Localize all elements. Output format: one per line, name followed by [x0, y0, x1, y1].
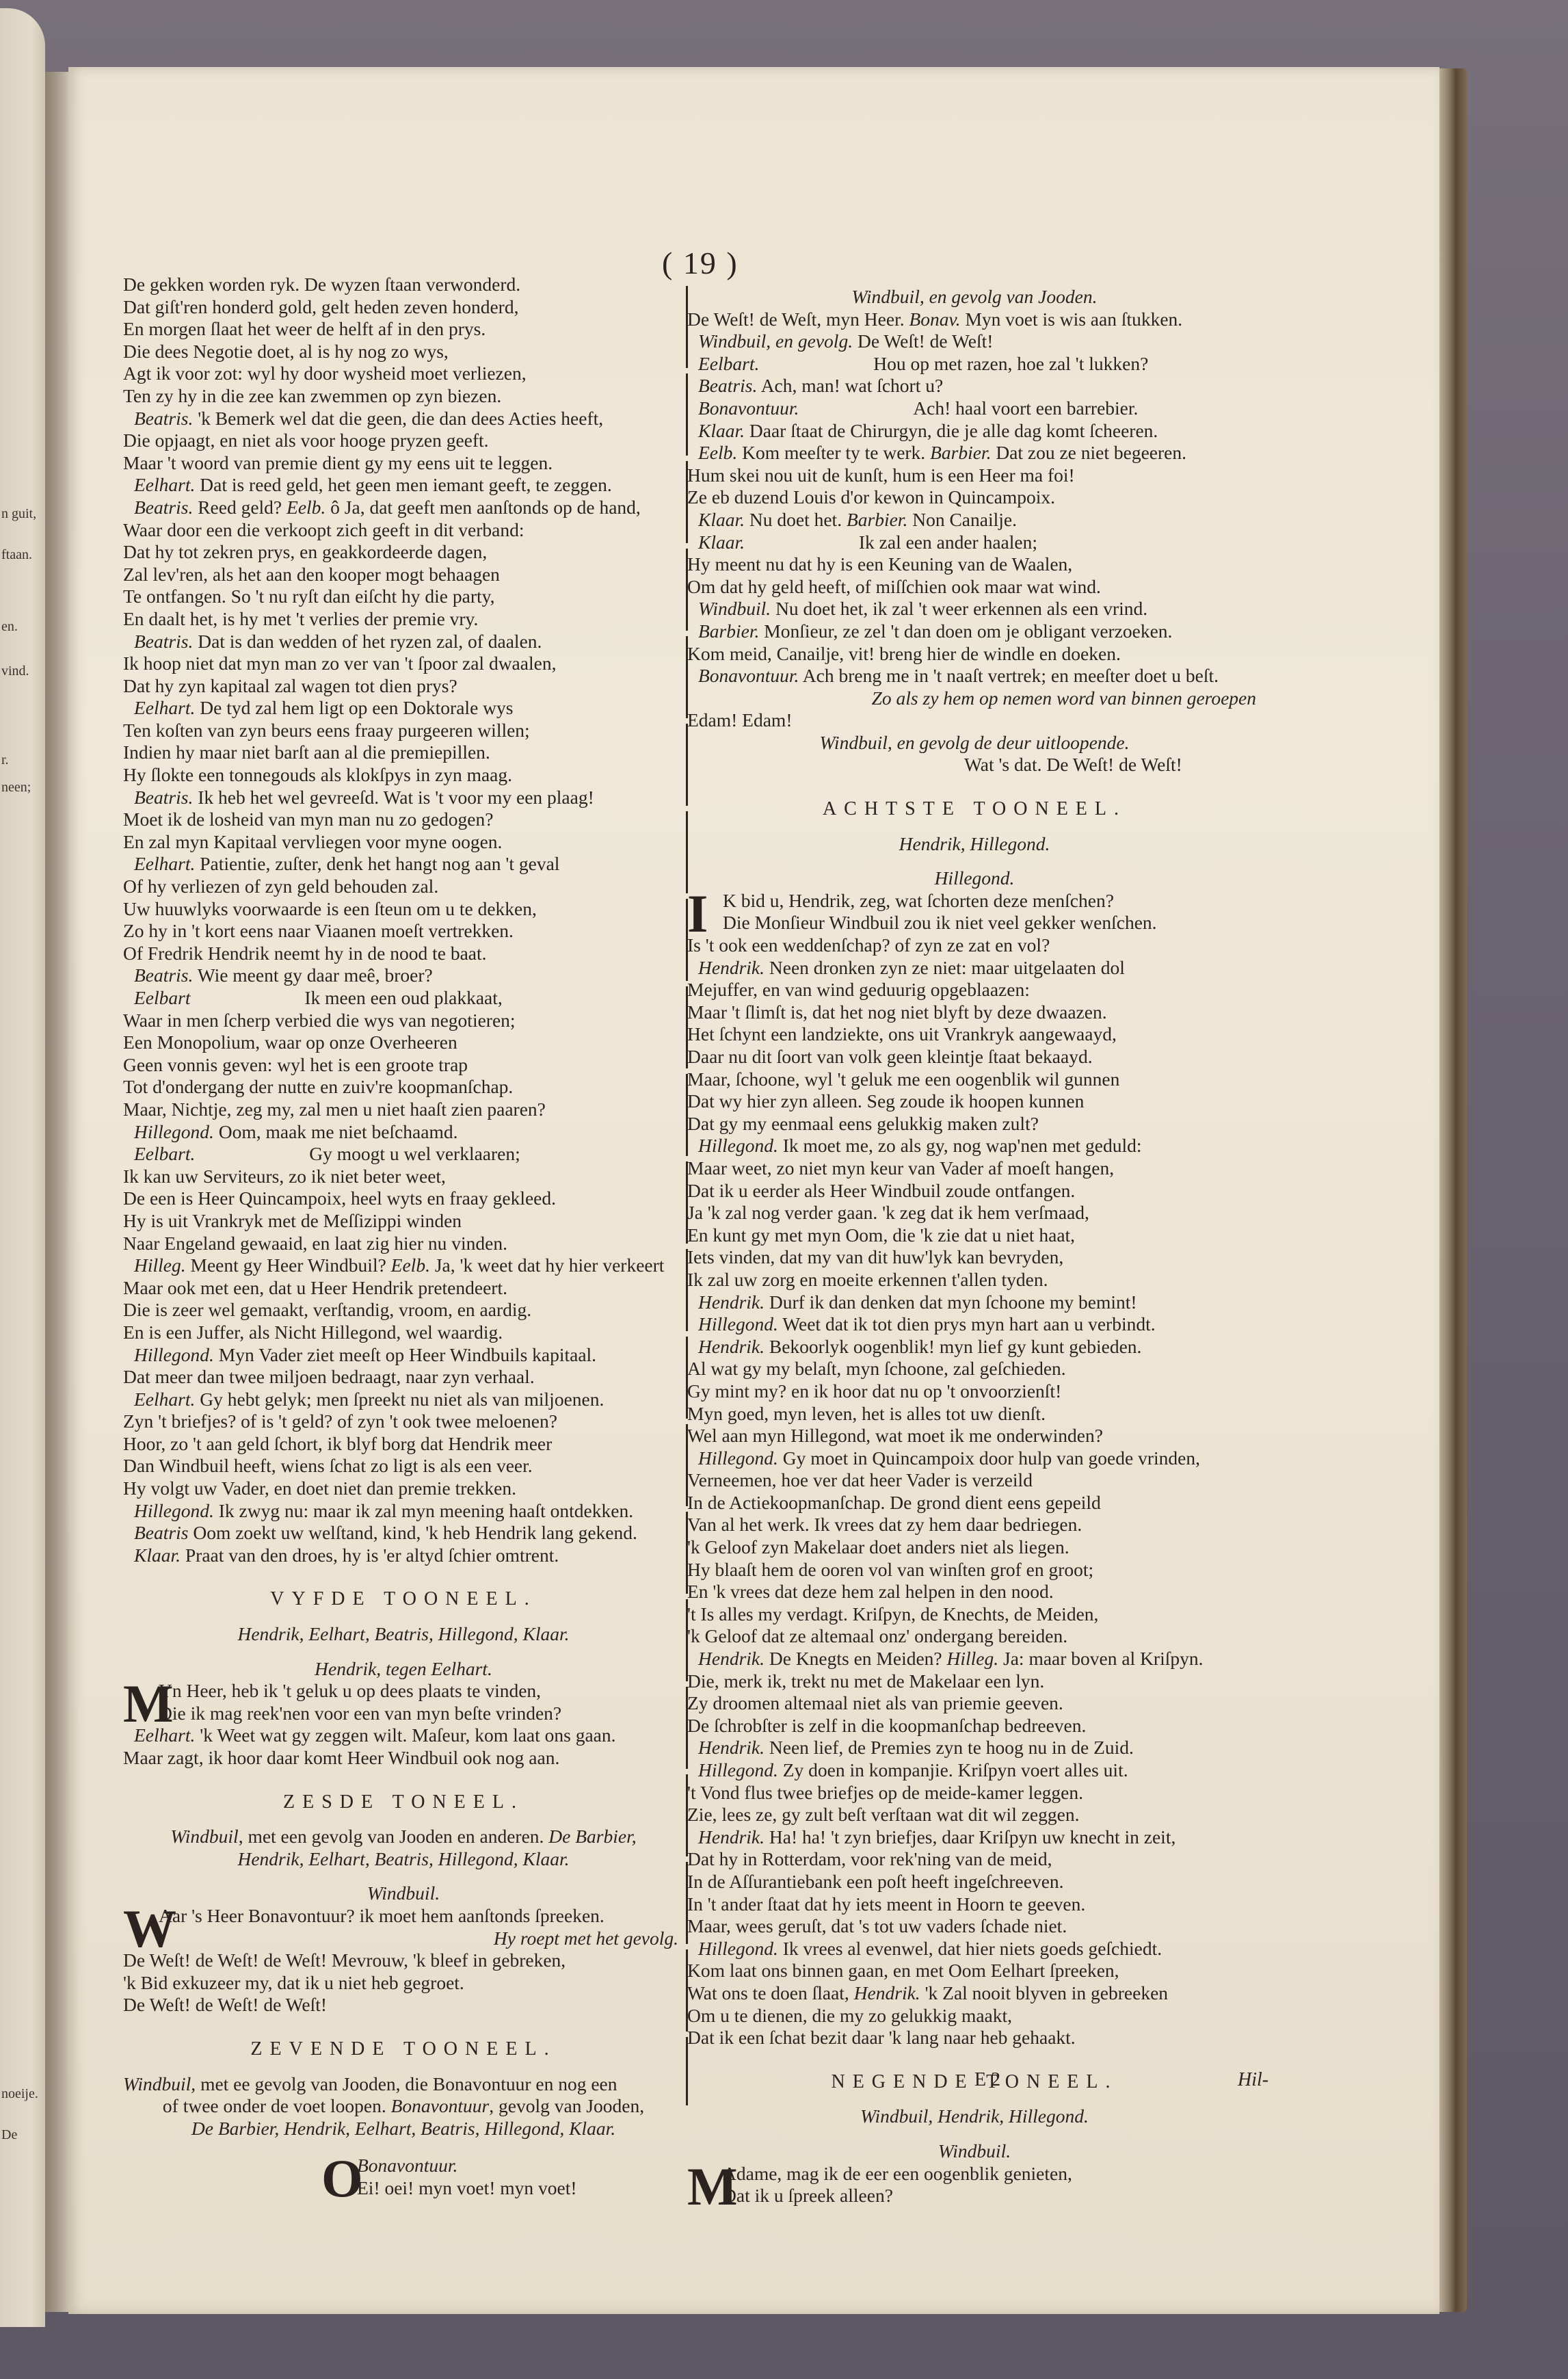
- verse-line: De Weſt! de Weſt! de Weſt!: [123, 1994, 684, 2016]
- verse-line: Hillegond. Zy doen in kompanjie. Kriſpyn…: [687, 1759, 1262, 1782]
- verse-text: Kom meid, Canailje, vit! breng hier de w…: [687, 643, 1121, 664]
- dropcap-verse: IK bid u, Hendrik, zeg, wat ſchorten dez…: [687, 890, 1262, 934]
- verse-line: 'k Bid exkuzeer my, dat ik u niet heb ge…: [123, 1972, 684, 1995]
- verse-text: Iets vinden, dat my van dit huw'lyk kan …: [687, 1246, 1063, 1267]
- dropcap-verse: WAar 's Heer Bonavontuur? ik moet hem aa…: [123, 1905, 684, 1949]
- verse-text: Ach breng me in 't naaſt vertrek; en mee…: [803, 665, 1219, 686]
- speaker-name: De Barbier,: [548, 1826, 636, 1847]
- verse-line: Beatris. Ach, man! wat ſchort u?: [687, 375, 1262, 397]
- verse-line: Die, merk ik, trekt nu met de Makelaar e…: [687, 1670, 1262, 1693]
- stage-direction: Hy roept met het gevolg.: [159, 1928, 684, 1950]
- verse-line: Eelhart. Patientie, zuſter, denk het han…: [123, 853, 684, 876]
- verse-text: 'k Geloof zyn Makelaar doet anders niet …: [687, 1536, 1069, 1557]
- verse-line: De Weſt! de Weſt! de Weſt! Mevrouw, 'k b…: [123, 1949, 684, 1972]
- cast-text: met ee gevolg van Jooden, die Bonavontuu…: [200, 2073, 617, 2094]
- verse-text: De Knegts en Meiden?: [769, 1648, 942, 1669]
- verse-line: Om dat hy geld heeft, of miſſchien ook m…: [687, 576, 1262, 599]
- speaker-name: Eelb.: [391, 1254, 430, 1276]
- dropcap-verse: MYn Heer, heb ik 't geluk u op dees plaa…: [123, 1680, 684, 1724]
- verse-line: Hendrik. Ha! ha! 't zyn briefjes, daar K…: [687, 1826, 1262, 1849]
- verse-line: Ei! oei! myn voet! myn voet!: [357, 2177, 684, 2200]
- verse-text: Kom meeſter ty te werk.: [742, 442, 925, 463]
- speaker-name: Windbuil, en gevolg.: [698, 330, 853, 352]
- verse-line: Of hy verliezen of zyn geld behouden zal…: [123, 876, 684, 898]
- scene-title-5: VYFDE TOONEEL.: [123, 1588, 684, 1611]
- scene-cast: Windbuil, met ee gevolg van Jooden, die …: [123, 2073, 684, 2096]
- verse-line: Die dees Negotie doet, al is hy nog zo w…: [123, 341, 684, 363]
- verse-text: Weet dat ik tot dien prys myn hart aan u…: [782, 1313, 1155, 1335]
- speaker-name: Bonav.: [909, 308, 960, 330]
- verse-line: Al wat gy my belaſt, myn ſchoone, zal ge…: [687, 1358, 1262, 1380]
- verse-text: Ik zal uw zorg en moeite erkennen t'alle…: [687, 1269, 1048, 1290]
- speaker-name: Bonavontuur: [391, 2095, 490, 2116]
- speaker-name: Hilleg.: [134, 1254, 186, 1276]
- verse-text: En zal myn Kapitaal vervliegen voor myne…: [123, 831, 502, 852]
- speaker-name: Eelhart.: [134, 853, 195, 874]
- speaker-name: Windbuil: [170, 1826, 238, 1847]
- verse-text: Indien hy maar niet barſt aan al die pre…: [123, 741, 490, 763]
- verse-text: Ten koſten van zyn beurs eens fraay purg…: [123, 720, 530, 741]
- verse-text: Non Canailje.: [912, 509, 1017, 530]
- verse-text: Neen dronken zyn ze niet: maar uitgelaat…: [769, 957, 1125, 978]
- book-gutter: [45, 72, 68, 2312]
- verse-text: Gy moogt u wel verklaaren;: [309, 1143, 520, 1164]
- verse-text: In de Actiekoopmanſchap. De grond dient …: [687, 1492, 1101, 1513]
- verse-line: Beatris. 'k Bemerk wel dat die geen, die…: [123, 408, 684, 430]
- verse-text: Maar ook met een, dat u Heer Hendrik pre…: [123, 1277, 507, 1298]
- verse-text: Ik hoop niet dat myn man zo ver van 't ſ…: [123, 653, 556, 674]
- verse-text: Hoor, zo 't aan geld ſchort, ik blyf bor…: [123, 1433, 552, 1454]
- stage-direction: Zo als zy hem op nemen word van binnen g…: [687, 687, 1262, 710]
- verse-line: De ſchrobſter is zelf in die koopmanſcha…: [687, 1715, 1262, 1737]
- speaker-name: Bonavontuur.: [698, 397, 799, 419]
- verse-line: Dat ik u ſpreek alleen?: [723, 2185, 1262, 2207]
- verse-text: Dat ik een ſchat bezit daar 'k lang naar…: [687, 2027, 1076, 2048]
- verse-line: 'k Geloof zyn Makelaar doet anders niet …: [687, 1536, 1262, 1559]
- verse-text: Ja: maar boven al Kriſpyn.: [1003, 1648, 1203, 1669]
- verse-line: Dat hy tot zekren prys, en geakkordeerde…: [123, 541, 684, 564]
- verse-text: Maar weet, zo niet myn keur van Vader af…: [687, 1157, 1114, 1179]
- verse-text: Waar in men ſcherp verbied die wys van n…: [123, 1010, 516, 1031]
- speaker-name: Beatris.: [134, 497, 193, 518]
- verse-line: 'k Geloof dat ze altemaal onz' ondergang…: [687, 1625, 1262, 1648]
- verse-text: Daar nu dit ſoort van volk geen kleintje…: [687, 1046, 1093, 1067]
- verse-line: En 'k vrees dat deze hem zal helpen in d…: [687, 1581, 1262, 1603]
- verse-line: Hillegond. Ik zwyg nu: maar ik zal myn m…: [123, 1500, 684, 1523]
- verse-line: Hillegond. Gy moet in Quincampoix door h…: [687, 1447, 1262, 1470]
- verse-text: Hy volgt uw Vader, en doet niet dan prem…: [123, 1477, 516, 1499]
- speaker-name: Eelbart.: [698, 353, 759, 374]
- verse-text: Ja 'k zal nog verder gaan. 'k zeg dat ik…: [687, 1202, 1089, 1223]
- verse-line: Maar ook met een, dat u Heer Hendrik pre…: [123, 1277, 684, 1300]
- verse-line: Wat ons te doen ſlaat, Hendrik. 'k Zal n…: [687, 1982, 1262, 2005]
- verse-line: Dat meer dan twee miljoen bedraagt, naar…: [123, 1366, 684, 1389]
- verse-line: Dat hy in Rotterdam, voor rek'ning van d…: [687, 1848, 1262, 1871]
- verse-text: Tot d'ondergang der nutte en zuiv're koo…: [123, 1076, 513, 1097]
- speaker-name: Eelhart.: [134, 697, 195, 718]
- speaker-heading: Windbuil.: [687, 2140, 1262, 2163]
- verse-line: Dat gy my eenmaal eens gelukkig maken zu…: [687, 1113, 1262, 1135]
- verse-text: Patientie, zuſter, denk het hangt nog aa…: [200, 853, 559, 874]
- verse-line: Ten zy hy in die zee kan zwemmen op zyn …: [123, 385, 684, 408]
- verse-text: Ik moet me, zo als gy, nog wap'nen met g…: [783, 1135, 1142, 1156]
- stage-heading: Windbuil, en gevolg van Jooden.: [687, 286, 1262, 308]
- verse-line: Moet ik de losheid van myn man nu zo ged…: [123, 809, 684, 831]
- verse-line: Aar 's Heer Bonavontuur? ik moet hem aan…: [159, 1905, 684, 1928]
- verse-text: Om dat hy geld heeft, of miſſchien ook m…: [687, 576, 1101, 597]
- verse-line: Zie, lees ze, gy zult beſt verſtaan wat …: [687, 1804, 1262, 1826]
- speaker-name: Eelb.: [698, 442, 737, 463]
- verse-line: Ik zal uw zorg en moeite erkennen t'alle…: [687, 1269, 1262, 1291]
- verse-line: In 't ander ſtaat dat hy iets meent in H…: [687, 1893, 1262, 1916]
- verse-line: Maar 't ſlimſt is, dat het nog niet blyf…: [687, 1001, 1262, 1024]
- verse-text: Maar, wees geruſt, dat 's tot uw vaders …: [687, 1915, 1067, 1936]
- verse-text: 't Vond flus twee briefjes op de meide-k…: [687, 1782, 1083, 1803]
- verse-text: Maar zagt, ik hoor daar komt Heer Windbu…: [123, 1747, 559, 1768]
- verse-text: Het ſchynt een landziekte, ons uit Vrank…: [687, 1023, 1117, 1044]
- verse-text: Meent gy Heer Windbuil?: [191, 1254, 386, 1276]
- verse-line: Die Monſieur Windbuil zou ik niet veel g…: [723, 912, 1262, 934]
- speaker-name: Hillegond.: [698, 1447, 778, 1469]
- verse-line: 't Vond flus twee briefjes op de meide-k…: [687, 1782, 1262, 1804]
- speaker-name: Eelbart: [134, 987, 191, 1008]
- verse-text: De ſchrobſter is zelf in die koopmanſcha…: [687, 1715, 1086, 1736]
- verse-text: Hy is uit Vrankryk met de Meſſizippi win…: [123, 1210, 462, 1231]
- verse-line: Hy is uit Vrankryk met de Meſſizippi win…: [123, 1210, 684, 1233]
- verse-text: De Weſt! de Weſt, myn Heer.: [687, 308, 905, 330]
- verse-text: Ach, man! wat ſchort u?: [761, 375, 944, 396]
- speaker-heading: Hendrik, tegen Eelhart.: [123, 1658, 684, 1681]
- verse-line: Dat hy zyn kapitaal zal wagen tot dien p…: [123, 675, 684, 698]
- verse-line: Indien hy maar niet barſt aan al die pre…: [123, 741, 684, 764]
- scene-cast: Hendrik, Eelhart, Beatris, Hillegond, Kl…: [123, 1623, 684, 1646]
- speaker-name: Eelhart.: [134, 1389, 195, 1410]
- verse-line: K bid u, Hendrik, zeg, wat ſchorten deze…: [723, 890, 1262, 912]
- speaker-name: Barbier.: [930, 442, 991, 463]
- verse-line: Beatris. Dat is dan wedden of het ryzen …: [123, 631, 684, 653]
- speaker-name: Hendrik.: [854, 1982, 920, 2003]
- verse-text: Myn Vader ziet meeſt op Heer Windbuils k…: [219, 1344, 596, 1365]
- page-stack-edge: [1439, 68, 1467, 2312]
- verse-line: En morgen ſlaat het weer de helft af in …: [123, 318, 684, 341]
- scene-cast: Windbuil, met een gevolg van Jooden en a…: [123, 1826, 684, 1848]
- verse-text: Monſieur, ze zel 't dan doen om je oblig…: [764, 620, 1172, 642]
- verse-line: Hillegond. Weet dat ik tot dien prys myn…: [687, 1313, 1262, 1336]
- verse-text: Mejuffer, en van wind geduurig opgeblaaz…: [687, 979, 1030, 1000]
- speaker-name: Hillegond.: [698, 1313, 778, 1335]
- verse-text: Zyn 't briefjes? of is 't geld? of zyn '…: [123, 1410, 557, 1432]
- verse-text: Ik vrees al evenwel, dat hier niets goed…: [783, 1938, 1162, 1959]
- verse-line: Het ſchynt een landziekte, ons uit Vrank…: [687, 1023, 1262, 1046]
- verse-text: 't Is alles my verdagt. Kriſpyn, de Knec…: [687, 1603, 1098, 1625]
- verse-text: Dat is dan wedden of het ryzen zal, of d…: [198, 631, 542, 652]
- verse-line: En is een Juffer, als Nicht Hillegond, w…: [123, 1322, 684, 1344]
- scene-title-7: ZEVENDE TOONEEL.: [123, 2038, 684, 2061]
- verse-line: Gy mint my? en ik hoor dat nu op 't onvo…: [687, 1380, 1262, 1403]
- drop-capital: M: [123, 1681, 174, 1726]
- verse-text: Neen lief, de Premies zyn te hoog nu in …: [769, 1737, 1134, 1758]
- verso-fragment: en.: [1, 619, 18, 635]
- stage-direction: Windbuil, en gevolg de deur uitloopende.: [687, 732, 1262, 754]
- verse-line: Hendrik. Durf ik dan denken dat myn ſcho…: [687, 1291, 1262, 1314]
- verse-line: 't Is alles my verdagt. Kriſpyn, de Knec…: [687, 1603, 1262, 1626]
- verse-text: Nu doet het, ik zal 't weer erkennen als…: [775, 598, 1147, 619]
- verse-text: Zo hy in 't kort eens naar Viaanen moeſt…: [123, 920, 514, 941]
- verse-text: Kom laat ons binnen gaan, en met Oom Eel…: [687, 1960, 1119, 1981]
- verso-fragment: vind.: [1, 663, 29, 679]
- verse-line: Eelhart. Dat is reed geld, het geen men …: [123, 474, 684, 497]
- verse-line: Hendrik. Neen dronken zyn ze niet: maar …: [687, 957, 1262, 980]
- verse-line: Mejuffer, en van wind geduurig opgeblaaz…: [687, 979, 1262, 1001]
- verse-line: In de Aſſurantiebank een poſt heeft inge…: [687, 1871, 1262, 1893]
- scene-cast: Hendrik, Hillegond.: [687, 833, 1262, 856]
- verse-text: En is een Juffer, als Nicht Hillegond, w…: [123, 1322, 503, 1343]
- verse-text: Maar 't woord van premie dient gy my een…: [123, 452, 553, 473]
- verse-text: Hy ſlokte een tonnegouds als klokſpys in…: [123, 764, 512, 785]
- speaker-name: Eelbart.: [134, 1143, 195, 1164]
- verse-text: Ik heb het wel gevreeſd. Wat is 't voor …: [198, 787, 594, 808]
- verse-line: En daalt het, is hy met 't verlies der p…: [123, 608, 684, 631]
- verse-line: Ik hoop niet dat myn man zo ver van 't ſ…: [123, 653, 684, 675]
- verse-line: Ja 'k zal nog verder gaan. 'k zeg dat ik…: [687, 1202, 1262, 1224]
- verso-fragment: n guit,: [1, 506, 36, 522]
- verse-line: Beatris. Wie meent gy daar meê, broer?: [123, 964, 684, 987]
- dropcap-verse: OBonavontuur.Ei! oei! myn voet! myn voet…: [321, 2155, 684, 2199]
- speaker-heading: Windbuil.: [123, 1882, 684, 1905]
- verso-fragment: r.: [1, 752, 9, 768]
- verse-line: Iets vinden, dat my van dit huw'lyk kan …: [687, 1246, 1262, 1269]
- verse-text: Reed geld?: [198, 497, 282, 518]
- verse-text: Dat hy zyn kapitaal zal wagen tot dien p…: [123, 675, 457, 696]
- verse-text: De Weſt! de Weſt!: [858, 330, 993, 352]
- verse-line: Hoor, zo 't aan geld ſchort, ik blyf bor…: [123, 1433, 684, 1456]
- verse-line: Tot d'ondergang der nutte en zuiv're koo…: [123, 1076, 684, 1099]
- verse-line: Beatris. Ik heb het wel gevreeſd. Wat is…: [123, 787, 684, 809]
- verse-line: Maar 't woord van premie dient gy my een…: [123, 452, 684, 475]
- verse-line: Hum skei nou uit de kunſt, hum is een He…: [687, 464, 1262, 487]
- verse-line: Beatris Oom zoekt uw welſtand, kind, 'k …: [123, 1522, 684, 1545]
- verse-text: Maar 't ſlimſt is, dat het nog niet blyf…: [687, 1001, 1107, 1023]
- verse-line: Dat ik een ſchat bezit daar 'k lang naar…: [687, 2027, 1262, 2049]
- verse-line: Geen vonnis geven: wyl het is een groote…: [123, 1054, 684, 1077]
- verse-text: Is 't ook een weddenſchap? of zyn ze zat…: [687, 934, 1050, 956]
- verse-line: Eelbart. Gy moogt u wel verklaaren;: [123, 1143, 684, 1166]
- speaker-name: Windbuil.: [698, 598, 771, 619]
- verse-text: Hum skei nou uit de kunſt, hum is een He…: [687, 464, 1075, 486]
- verse-line: Te ontfangen. So 't nu ryſt dan eiſcht h…: [123, 586, 684, 608]
- speaker-name: Eelhart.: [134, 474, 195, 495]
- speaker-name: Klaar.: [698, 531, 745, 553]
- verse-text: En kunt gy met myn Oom, die 'k zie dat u…: [687, 1224, 1075, 1246]
- scene-title-8: ACHTSTE TOONEEL.: [687, 798, 1262, 821]
- verse-text: ô Ja, dat geeft men aanſtonds op de hand…: [330, 497, 641, 518]
- verse-text: Moet ik de losheid van myn man nu zo ged…: [123, 809, 493, 830]
- verse-text: Ze eb duzend Louis d'or kewon in Quincam…: [687, 486, 1055, 508]
- verse-text: Ha! ha! 't zyn briefjes, daar Kriſpyn uw…: [769, 1826, 1175, 1848]
- verse-line: Maar, wees geruſt, dat 's tot uw vaders …: [687, 1915, 1262, 1938]
- speaker-name: Hillegond.: [698, 1938, 778, 1959]
- verse-line: Van al het werk. Ik vrees dat zy hem daa…: [687, 1514, 1262, 1536]
- verse-line: Die opjaagt, en niet als voor hooge pryz…: [123, 430, 684, 452]
- speaker-name: Hendrik.: [698, 1737, 765, 1758]
- verse-line: Myn goed, myn leven, het is alles tot uw…: [687, 1403, 1262, 1425]
- scene-cast: De Barbier, Hendrik, Eelhart, Beatris, H…: [123, 2118, 684, 2140]
- verse-text: Dat is reed geld, het geen men iemant ge…: [200, 474, 611, 495]
- verse-line: Windbuil, en gevolg. De Weſt! de Weſt!: [687, 330, 1262, 353]
- verse-text: In de Aſſurantiebank een poſt heeft inge…: [687, 1871, 1064, 1892]
- verse-line: Maar, Nichtje, zeg my, zal men u niet ha…: [123, 1099, 684, 1121]
- verse-text: Ach! haal voort een barrebier.: [913, 397, 1138, 419]
- speaker-name: Hillegond.: [134, 1121, 214, 1142]
- verse-text: Wie meent gy daar meê, broer?: [198, 964, 433, 986]
- verse-line: Om u te dienen, die my zo gelukkig maakt…: [687, 2005, 1262, 2027]
- verse-text: Uw huuwlyks voorwaarde is een ſteun om u…: [123, 898, 537, 919]
- speaker-name: Beatris: [134, 1522, 188, 1543]
- verse-line: Zyn 't briefjes? of is 't geld? of zyn '…: [123, 1410, 684, 1433]
- verse-line: Hy meent nu dat hy is een Keuning van de…: [687, 553, 1262, 576]
- verse-text: En daalt het, is hy met 't verlies der p…: [123, 608, 478, 629]
- verse-text: De een is Heer Quincampoix, heel wyts en…: [123, 1187, 556, 1209]
- verse-line: Ze eb duzend Louis d'or kewon in Quincam…: [687, 486, 1262, 509]
- verse-text: Naar Engeland gewaaid, en laat zig hier …: [123, 1233, 507, 1254]
- verse-line: Wel aan myn Hillegond, wat moet ik me on…: [687, 1425, 1262, 1447]
- verse-line: Klaar. Ik zal een ander haalen;: [687, 531, 1262, 554]
- speaker-name: Beatris.: [134, 787, 193, 808]
- verse-line: Of Fredrik Hendrik neemt hy in de nood t…: [123, 943, 684, 965]
- verso-fragment: noeije.: [1, 2086, 38, 2102]
- verse-text: Verneemen, hoe ver dat heer Vader is ver…: [687, 1469, 1033, 1490]
- verse-line: Eelhart. 'k Weet wat gy zeggen wilt. Maſ…: [123, 1724, 684, 1747]
- verse-line: Die is zeer wel gemaakt, verſtandig, vro…: [123, 1299, 684, 1322]
- verse-text: Gy moet in Quincampoix door hulp van goe…: [783, 1447, 1200, 1469]
- verse-line: Agt ik voor zot: wyl hy door wysheid moe…: [123, 363, 684, 385]
- verse-text: Gy mint my? en ik hoor dat nu op 't onvo…: [687, 1380, 1061, 1402]
- verso-fragment: neen;: [1, 780, 31, 796]
- verse-line: Edam! Edam!: [687, 709, 1262, 732]
- verse-line: Ten koſten van zyn beurs eens fraay purg…: [123, 720, 684, 742]
- right-column: Windbuil, en gevolg van Jooden.De Weſt! …: [687, 286, 1262, 2207]
- verse-line: Maar weet, zo niet myn keur van Vader af…: [687, 1157, 1262, 1180]
- verse-text: Geen vonnis geven: wyl het is een groote…: [123, 1054, 468, 1075]
- speaker-name: Barbier.: [847, 509, 907, 530]
- verse-text: Oom zoekt uw welſtand, kind, 'k heb Hend…: [193, 1522, 637, 1543]
- verse-line: Eelhart. Gy hebt gelyk; men ſpreekt nu n…: [123, 1389, 684, 1411]
- verse-text: Ik zwyg nu: maar ik zal myn meening haaſ…: [219, 1500, 633, 1521]
- verse-text: 'k Weet wat gy zeggen wilt. Maſeur, kom …: [200, 1724, 615, 1746]
- verse-text: Bekoorlyk oogenblik! myn lief gy kunt ge…: [769, 1336, 1142, 1357]
- verse-text: In 't ander ſtaat dat hy iets meent in H…: [687, 1893, 1085, 1915]
- verse-line: Naar Engeland gewaaid, en laat zig hier …: [123, 1233, 684, 1255]
- verse-text: En 'k vrees dat deze hem zal helpen in d…: [687, 1581, 1054, 1602]
- cast-text: of twee onder de voet loopen.: [163, 2095, 386, 2116]
- previous-page-edge: n guit,ftaan.en.vind.r.neen;noeije.De: [0, 8, 45, 2327]
- verse-line: Eelb. Kom meeſter ty te werk. Barbier. D…: [687, 442, 1262, 464]
- speaker-name: Beatris.: [134, 964, 193, 986]
- verse-text: Wel aan myn Hillegond, wat moet ik me on…: [687, 1425, 1103, 1446]
- speaker-name: Hilleg.: [947, 1648, 999, 1669]
- verse-text: Zy doen in kompanjie. Kriſpyn voert alle…: [783, 1759, 1128, 1780]
- verse-text: Nu doet het.: [749, 509, 842, 530]
- verse-line: Barbier. Monſieur, ze zel 't dan doen om…: [687, 620, 1262, 643]
- verse-text: Dat ik u eerder als Heer Windbuil zoude …: [687, 1180, 1075, 1201]
- verse-line: En zal myn Kapitaal vervliegen voor myne…: [123, 831, 684, 854]
- verse-line: Zal lev'ren, als het aan den kooper mogt…: [123, 564, 684, 586]
- speaker-name: Hendrik.: [698, 1336, 765, 1357]
- verse-text: Myn voet is wis aan ſtukken.: [965, 308, 1182, 330]
- verse-line: Die ik mag reek'nen voor een van myn beſ…: [159, 1703, 684, 1725]
- speaker-name: Klaar.: [134, 1545, 181, 1566]
- verse-text: De tyd zal hem ligt op een Doktorale wys: [200, 697, 513, 718]
- scene-cast: Windbuil, Hendrik, Hillegond.: [687, 2105, 1262, 2128]
- verse-text: Of hy verliezen of zyn geld behouden zal…: [123, 876, 438, 897]
- verse-line: Zo hy in 't kort eens naar Viaanen moeſt…: [123, 920, 684, 943]
- verse-line: Dat giſt'ren honderd gold, gelt heden ze…: [123, 296, 684, 319]
- verse-line: Waar door een die verkoopt zich geeft in…: [123, 519, 684, 542]
- verse-text: Maar, Nichtje, zeg my, zal men u niet ha…: [123, 1099, 546, 1120]
- verse-line: Hillegond. Oom, maak me niet beſchaamd.: [123, 1121, 684, 1144]
- scene-cast: Hendrik, Eelhart, Beatris, Hillegond, Kl…: [123, 1848, 684, 1871]
- verse-text: Dat gy my eenmaal eens gelukkig maken zu…: [687, 1113, 1039, 1134]
- verse-line: Ik kan uw Serviteurs, zo ik niet beter w…: [123, 1166, 684, 1188]
- speaker-heading: Hillegond.: [687, 867, 1262, 890]
- cast-text: , met een gevolg van Jooden en anderen.: [239, 1826, 544, 1847]
- verso-fragment: ftaan.: [1, 547, 32, 563]
- cast-text: , gevolg van Jooden,: [489, 2095, 644, 2116]
- verso-fragment: De: [1, 2127, 17, 2143]
- speaker-name: Hillegond.: [698, 1759, 778, 1780]
- verse-line: Maar, ſchoone, wyl 't geluk me een oogen…: [687, 1068, 1262, 1091]
- catchword: Hil-: [1238, 2069, 1268, 2091]
- speaker-name: Windbuil,: [123, 2073, 196, 2094]
- verse-text: Die, merk ik, trekt nu met de Makelaar e…: [687, 1670, 1044, 1692]
- speaker-name: Barbier.: [698, 620, 759, 642]
- verse-line: Hendrik. Bekoorlyk oogenblik! myn lief g…: [687, 1336, 1262, 1358]
- speaker-name: Hillegond.: [134, 1500, 214, 1521]
- verse-line: Klaar. Daar ſtaat de Chirurgyn, die je a…: [687, 420, 1262, 443]
- signature-mark: E 2: [974, 2069, 1000, 2091]
- verse-text: Dat hy tot zekren prys, en geakkordeerde…: [123, 541, 487, 562]
- verse-text: Dan Windbuil heeft, wiens ſchat zo ligt …: [123, 1455, 533, 1476]
- verse-text: Dat zou ze niet begeeren.: [996, 442, 1186, 463]
- speaker-name: Beatris.: [134, 408, 193, 429]
- speaker-name: Hendrik.: [698, 1826, 765, 1848]
- verse-line: Klaar. Praat van den droes, hy is 'er al…: [123, 1545, 684, 1567]
- drop-capital: I: [687, 891, 708, 936]
- verse-line: Bonavontuur. Ach breng me in 't naaſt ve…: [687, 665, 1262, 687]
- verse-line: Dan Windbuil heeft, wiens ſchat zo ligt …: [123, 1455, 684, 1477]
- verse-text: Dat meer dan twee miljoen bedraagt, naar…: [123, 1366, 535, 1387]
- verse-line: Windbuil. Nu doet het, ik zal 't weer er…: [687, 598, 1262, 620]
- verse-text: Al wat gy my belaſt, myn ſchoone, zal ge…: [687, 1358, 1066, 1379]
- drop-capital: M: [687, 2164, 738, 2209]
- verse-text: Oom, maak me niet beſchaamd.: [219, 1121, 458, 1142]
- verse-line: Dat wy hier zyn alleen. Seg zoude ik hoo…: [687, 1090, 1262, 1113]
- dropcap-verse: MAdame, mag ik de eer een oogenblik geni…: [687, 2163, 1262, 2207]
- verse-line: Hillegond. Ik vrees al evenwel, dat hier…: [687, 1938, 1262, 1960]
- verse-line: De gekken worden ryk. De wyzen ſtaan ver…: [123, 274, 684, 296]
- verse-line: Wat 's dat. De Weſt! de Weſt!: [687, 754, 1262, 776]
- verse-line: Hilleg. Meent gy Heer Windbuil? Eelb. Ja…: [123, 1254, 684, 1277]
- verse-line: Eelhart. De tyd zal hem ligt op een Dokt…: [123, 697, 684, 720]
- verse-line: Dat ik u eerder als Heer Windbuil zoude …: [687, 1180, 1262, 1202]
- verse-text: 'k Zal nooit blyven in gebreeken: [925, 1982, 1168, 2003]
- verse-line: Kom laat ons binnen gaan, en met Oom Eel…: [687, 1960, 1262, 1982]
- speaker-name: Hillegond.: [134, 1344, 214, 1365]
- verse-line: En kunt gy met myn Oom, die 'k zie dat u…: [687, 1224, 1262, 1247]
- verse-text: Of Fredrik Hendrik neemt hy in de nood t…: [123, 943, 487, 964]
- verse-text: Van al het werk. Ik vrees dat zy hem daa…: [687, 1514, 1082, 1535]
- verse-line: Uw huuwlyks voorwaarde is een ſteun om u…: [123, 898, 684, 921]
